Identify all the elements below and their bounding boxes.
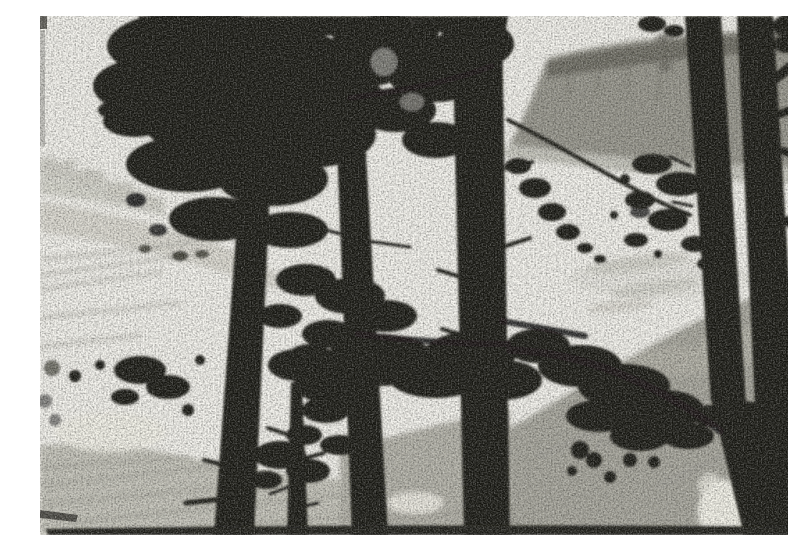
film-grain-light xyxy=(40,16,788,535)
photograph: Grainy black-and-white photograph of tal… xyxy=(40,16,788,535)
photo-canvas: Grainy black-and-white photograph of tal… xyxy=(40,16,788,535)
